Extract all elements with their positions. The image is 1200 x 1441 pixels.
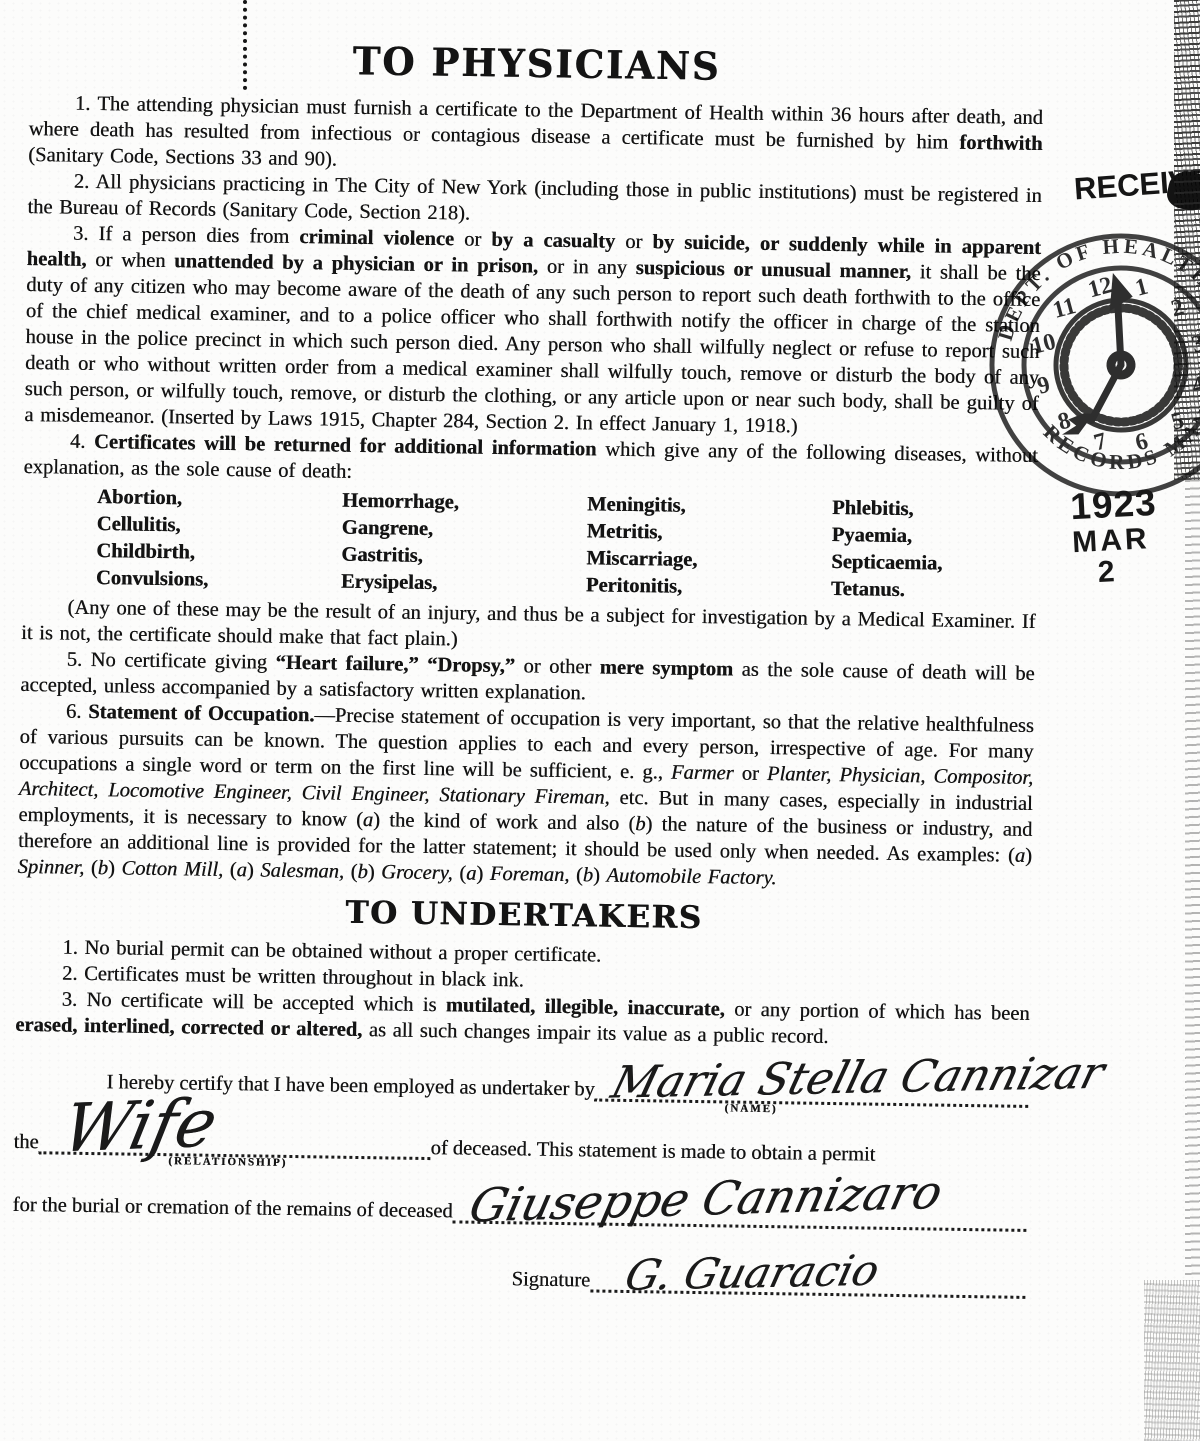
section-title-undertakers: TO UNDERTAKERS (17, 890, 1031, 941)
disease-item: Gangrene, (342, 515, 587, 546)
dept-of-health-clock-stamp: DEPT. OF HEALTH RECORDS MANH. 1212345678… (978, 222, 1200, 508)
signature-row: Signature G. Guaracio (11, 1251, 1025, 1299)
scan-noise-right-middle (1185, 480, 1200, 1280)
disease-column-3: Meningitis,Metritis,Miscarriage,Peritoni… (586, 491, 833, 603)
disease-item: Childbirth, (96, 538, 341, 569)
signature-label: Signature (511, 1268, 590, 1292)
after-relationship-text: of deceased. This statement is made to o… (430, 1137, 875, 1167)
relationship-line: Wife (RELATIONSHIP) (38, 1121, 430, 1160)
disease-item: Abortion, (97, 484, 342, 515)
scan-noise-right-bottom (1144, 1280, 1200, 1441)
disease-list: Abortion,Cellulitis,Childbirth,Convulsio… (96, 484, 1037, 606)
section-title-physicians: TO PHYSICIANS (29, 33, 1044, 94)
date-stamp-year: 1923 (1069, 484, 1157, 527)
disease-item: Cellulitis, (97, 511, 342, 542)
clock-number: 10 (1029, 329, 1059, 360)
relationship-caption: (RELATIONSHIP) (168, 1155, 287, 1169)
date-stamp: 1923 MAR 2 (1069, 484, 1161, 590)
physicians-paragraph-3: 3. If a person dies from criminal violen… (24, 220, 1041, 443)
deceased-name-handwriting: Giuseppe Cannizaro (464, 1165, 947, 1233)
clock-number: 3 (1189, 330, 1200, 358)
signature-row-spacer (11, 1284, 511, 1291)
disease-item: Pyaemia, (831, 522, 942, 551)
disease-item: Hemorrhage, (342, 488, 587, 519)
disease-item: Meningitis, (587, 491, 832, 522)
disease-item: Phlebitis, (832, 495, 943, 524)
certify-row-relationship: the Wife (RELATIONSHIP) of deceased. Thi… (13, 1121, 1027, 1169)
clock-number: 2 (1168, 294, 1186, 322)
document-body: TO PHYSICIANS 1. The attending physician… (11, 34, 1043, 1299)
employer-name-handwriting: Maria Stella Cannizar (606, 1048, 1109, 1109)
burial-line-text: for the burial or cremation of the remai… (12, 1194, 452, 1224)
employer-name-line: Maria Stella Cannizar (NAME) (595, 1068, 1029, 1107)
physicians-paragraph-1: 1. The attending physician must furnish … (28, 90, 1043, 183)
disease-item: Gastritis, (341, 542, 586, 573)
certify-row-deceased: for the burial or cremation of the remai… (12, 1184, 1026, 1232)
clock-number: 5 (1168, 407, 1186, 435)
scanned-document-page: TO PHYSICIANS 1. The attending physician… (0, 0, 1200, 1441)
name-caption: (NAME) (725, 1102, 778, 1115)
clock-number: 9 (1035, 372, 1053, 400)
deceased-name-line: Giuseppe Cannizaro (452, 1190, 1026, 1232)
the-label: the (13, 1131, 38, 1154)
disease-column-2: Hemorrhage,Gangrene,Gastritis,Erysipelas… (341, 488, 588, 600)
clock-number: 4 (1189, 372, 1200, 400)
disease-column-4: Phlebitis,Pyaemia,Septicaemia,Tetanus. (831, 495, 944, 605)
disease-item: Peritonitis, (586, 572, 831, 603)
clock-number: 1 (1133, 274, 1151, 302)
physicians-paragraph-6: 6. Statement of Occupation.—Precise stat… (17, 698, 1034, 895)
disease-item: Tetanus. (831, 576, 942, 605)
disease-item: Convulsions, (96, 565, 341, 596)
disease-item: Metritis, (586, 518, 831, 549)
disease-item: Septicaemia, (831, 549, 942, 578)
date-stamp-day: 2 (1097, 554, 1161, 589)
signature-line: G. Guaracio (590, 1259, 1026, 1298)
date-stamp-month: MAR (1071, 523, 1159, 559)
signature-handwriting: G. Guaracio (620, 1246, 884, 1300)
disease-item: Erysipelas, (341, 569, 586, 600)
disease-column-1: Abortion,Cellulitis,Childbirth,Convulsio… (96, 484, 343, 596)
disease-item: Miscarriage, (586, 545, 831, 576)
